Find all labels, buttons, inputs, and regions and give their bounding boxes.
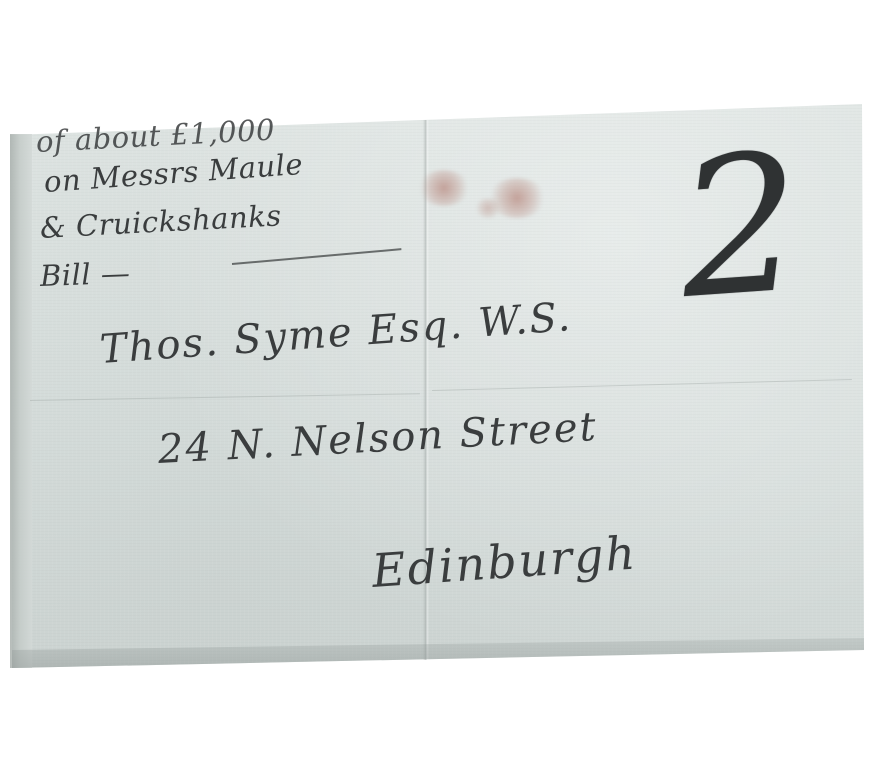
left-spine-edge: [10, 134, 32, 668]
docket-line: Bill —: [39, 259, 130, 291]
wax-seal-stain: [418, 170, 470, 206]
photo-stage: of about £1,000 on Messrs Maule & Cruick…: [0, 0, 875, 778]
postal-rate-mark: 2: [674, 128, 808, 326]
wax-seal-stain: [475, 198, 501, 218]
